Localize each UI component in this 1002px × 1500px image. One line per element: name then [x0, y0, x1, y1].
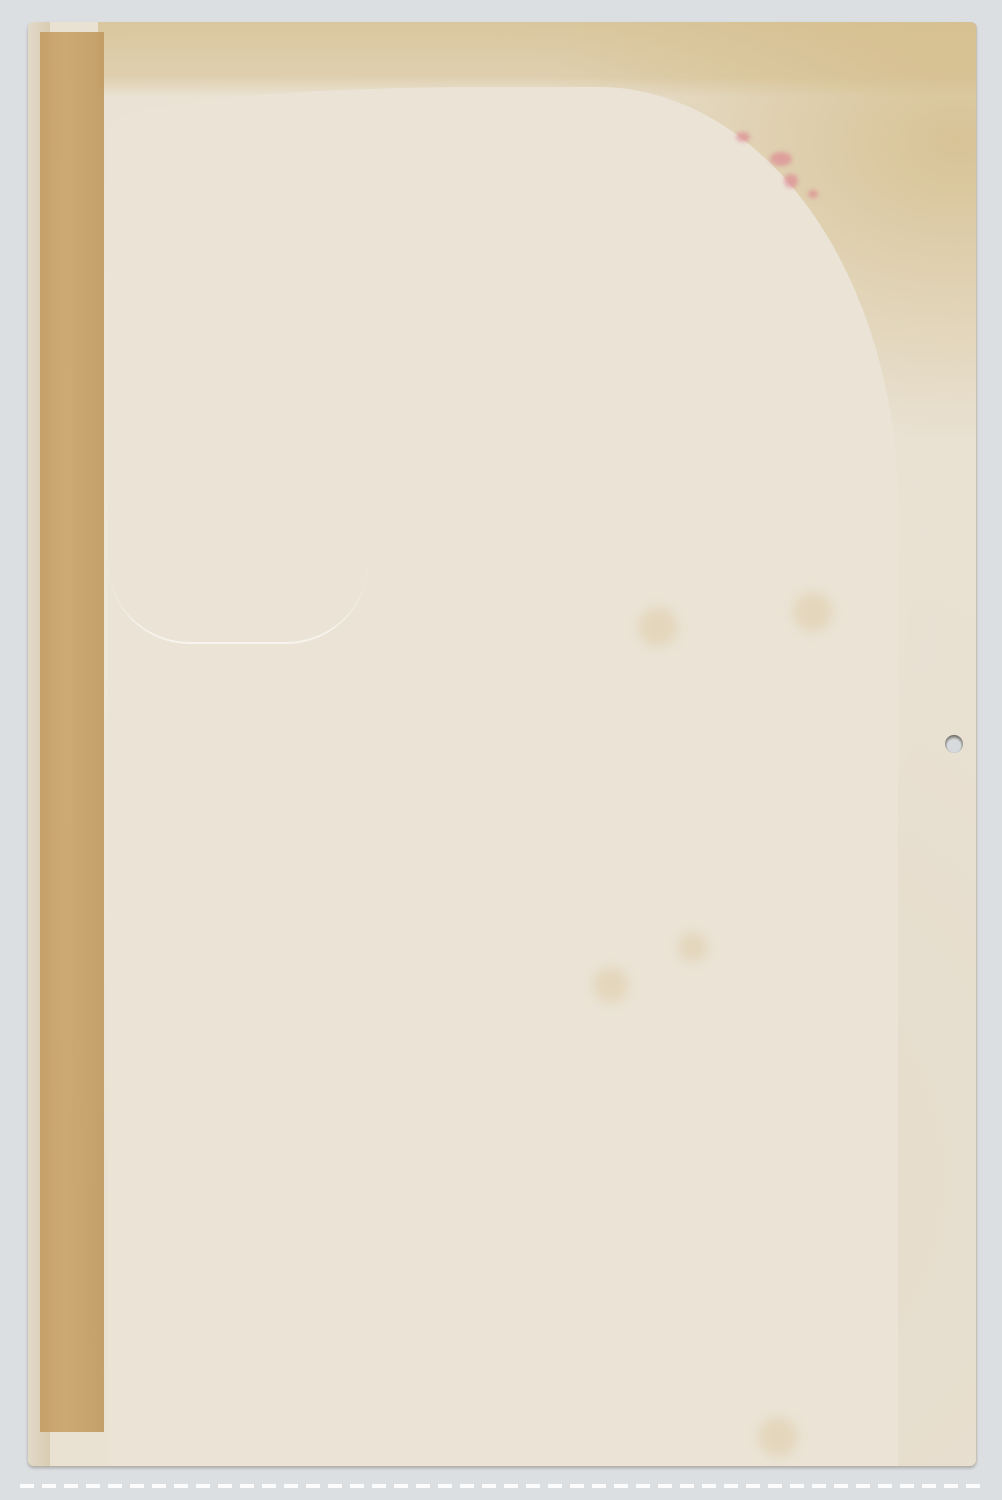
scanner-sleeve-edge — [20, 1484, 982, 1488]
card-back — [28, 22, 976, 1466]
tape-residue-strip — [40, 32, 104, 1432]
pink-ink-mark — [808, 190, 818, 198]
foxing-spot — [793, 592, 833, 632]
punch-hole — [945, 735, 963, 753]
foxing-spot — [593, 967, 629, 1003]
foxing-spot — [758, 1417, 798, 1457]
paper-surface — [108, 87, 898, 1466]
water-ring-mark — [108, 562, 368, 644]
pink-ink-mark — [784, 174, 798, 188]
foxing-spot — [638, 607, 678, 647]
foxing-spot — [678, 932, 708, 962]
pink-ink-mark — [770, 152, 792, 166]
pink-ink-mark — [736, 132, 750, 142]
